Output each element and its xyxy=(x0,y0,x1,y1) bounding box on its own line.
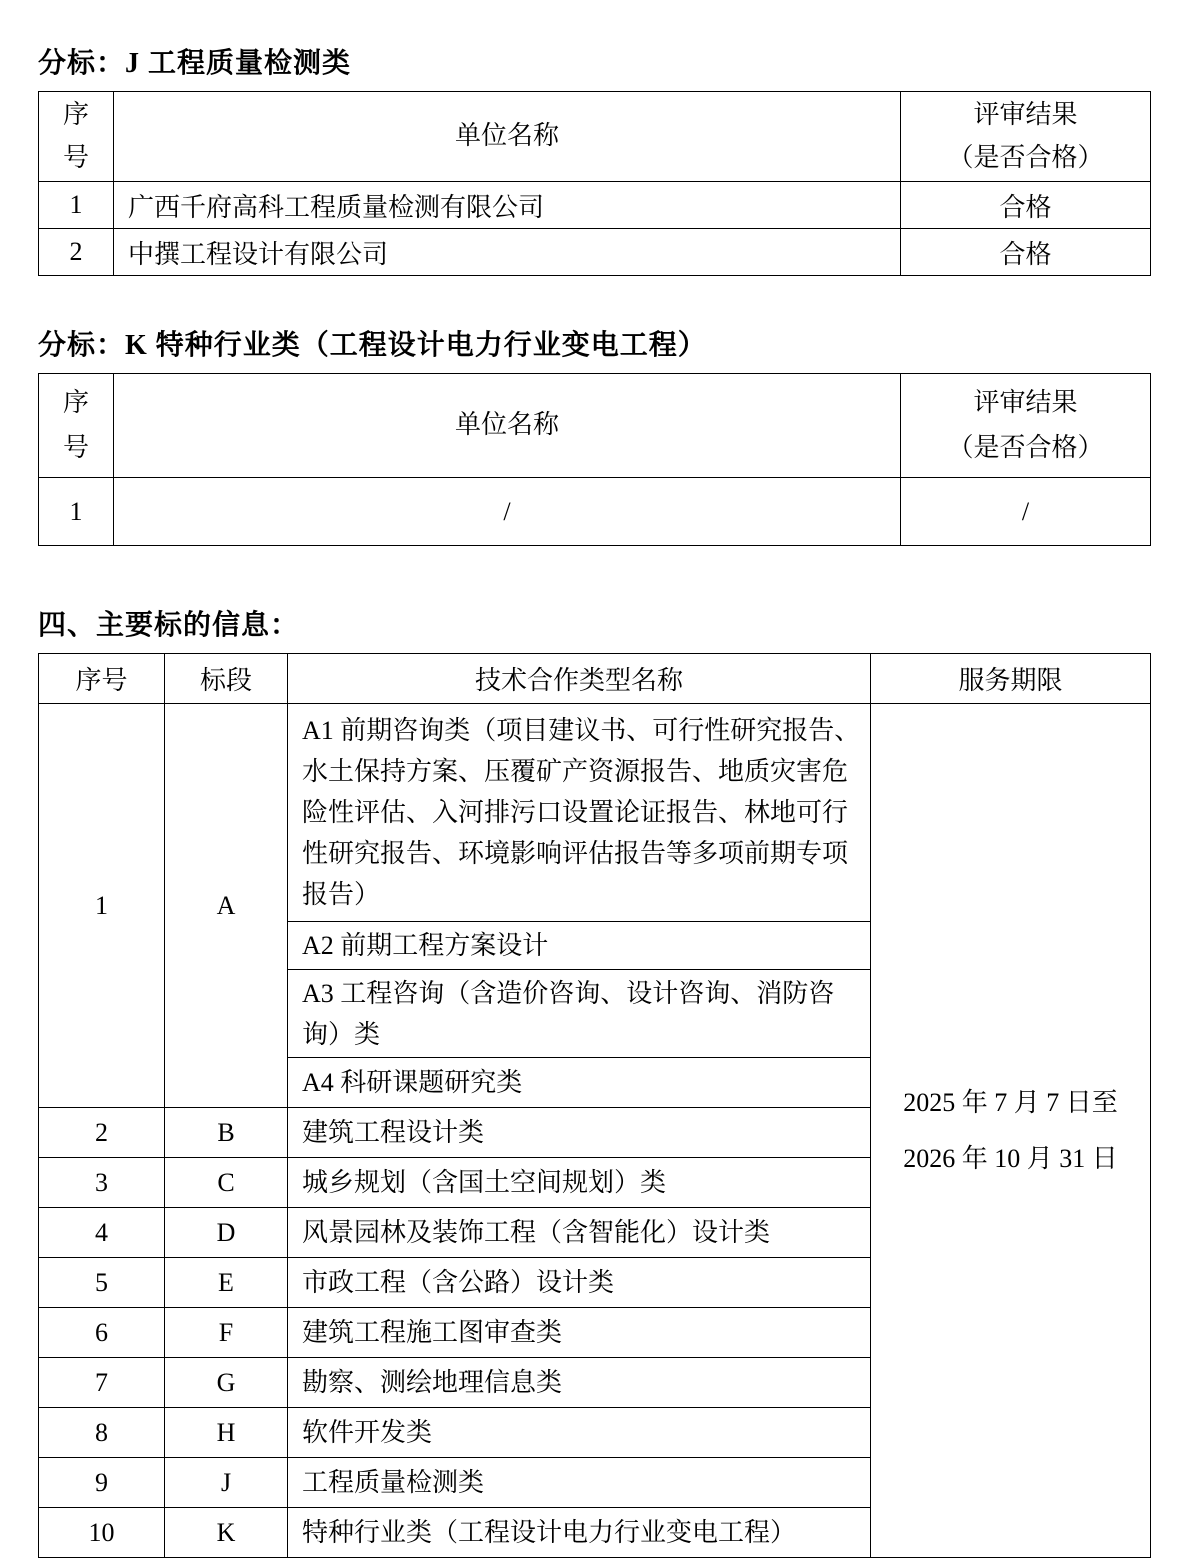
serial-cell: 7 xyxy=(39,1358,165,1408)
table-header-row: 序 号 单位名称 评审结果 （是否合格） xyxy=(39,374,1151,478)
lot-cell: A xyxy=(165,704,288,1108)
lot-cell: D xyxy=(165,1208,288,1258)
lot-cell: J xyxy=(165,1458,288,1508)
type-cell: A2 前期工程方案设计 xyxy=(288,922,871,970)
serial-cell: 2 xyxy=(39,229,114,276)
serial-cell: 3 xyxy=(39,1158,165,1208)
serial-cell: 4 xyxy=(39,1208,165,1258)
type-cell: 勘察、测绘地理信息类 xyxy=(288,1358,871,1408)
lot-cell: B xyxy=(165,1108,288,1158)
serial-cell: 6 xyxy=(39,1308,165,1358)
section-title-lot-j: 分标：J 工程质量检测类 xyxy=(38,46,1161,81)
type-cell: 市政工程（含公路）设计类 xyxy=(288,1258,871,1308)
company-name-header-cell: 单位名称 xyxy=(114,92,901,182)
result-cell: 合格 xyxy=(901,229,1151,276)
lot-j-result-table: 序 号 单位名称 评审结果 （是否合格） 1 广西千府高科工程质量检测有限公司 … xyxy=(38,91,1151,276)
review-result-header-cell: 评审结果 （是否合格） xyxy=(901,374,1151,478)
serial-header-cell: 序 号 xyxy=(39,92,114,182)
type-cell: A4 科研课题研究类 xyxy=(288,1058,871,1108)
lot-cell: E xyxy=(165,1258,288,1308)
service-period-cell: 2025 年 7 月 7 日至 2026 年 10 月 31 日 xyxy=(871,704,1151,1558)
type-cell: 建筑工程施工图审查类 xyxy=(288,1308,871,1358)
serial-cell: 10 xyxy=(39,1508,165,1558)
lot-header-cell: 标段 xyxy=(165,654,288,704)
type-cell: 特种行业类（工程设计电力行业变电工程） xyxy=(288,1508,871,1558)
serial-cell: 1 xyxy=(39,478,114,546)
lot-cell: H xyxy=(165,1408,288,1458)
serial-cell: 5 xyxy=(39,1258,165,1308)
result-cell: 合格 xyxy=(901,182,1151,229)
type-cell: 工程质量检测类 xyxy=(288,1458,871,1508)
section-title-lot-k: 分标：K 特种行业类（工程设计电力行业变电工程） xyxy=(38,328,1161,363)
serial-cell: 1 xyxy=(39,704,165,1108)
serial-cell: 8 xyxy=(39,1408,165,1458)
type-cell: 软件开发类 xyxy=(288,1408,871,1458)
lot-cell: G xyxy=(165,1358,288,1408)
table-row: 2 中撰工程设计有限公司 合格 xyxy=(39,229,1151,276)
table-row-lot-a1: 1 A A1 前期咨询类（项目建议书、可行性研究报告、水土保持方案、压覆矿产资源… xyxy=(39,704,1151,922)
serial-cell: 9 xyxy=(39,1458,165,1508)
type-cell: 建筑工程设计类 xyxy=(288,1108,871,1158)
lot-cell: K xyxy=(165,1508,288,1558)
result-cell: / xyxy=(901,478,1151,546)
company-name-cell: / xyxy=(114,478,901,546)
serial-cell: 1 xyxy=(39,182,114,229)
company-name-cell: 中撰工程设计有限公司 xyxy=(114,229,901,276)
table-header-row: 序号 标段 技术合作类型名称 服务期限 xyxy=(39,654,1151,704)
lot-k-result-table: 序 号 单位名称 评审结果 （是否合格） 1 / / xyxy=(38,373,1151,546)
table-row: 1 广西千府高科工程质量检测有限公司 合格 xyxy=(39,182,1151,229)
lot-cell: F xyxy=(165,1308,288,1358)
company-name-header-cell: 单位名称 xyxy=(114,374,901,478)
serial-header-cell: 序 号 xyxy=(39,374,114,478)
type-cell: A1 前期咨询类（项目建议书、可行性研究报告、水土保持方案、压覆矿产资源报告、地… xyxy=(288,704,871,922)
main-info-table: 序号 标段 技术合作类型名称 服务期限 1 A A1 前期咨询类（项目建议书、可… xyxy=(38,653,1151,1558)
document-page: 分标：J 工程质量检测类 序 号 单位名称 评审结果 （是否合格） 1 广西千府… xyxy=(0,0,1201,1561)
type-cell: 风景园林及装饰工程（含智能化）设计类 xyxy=(288,1208,871,1258)
table-row: 1 / / xyxy=(39,478,1151,546)
main-info-title: 四、主要标的信息： xyxy=(38,608,1161,643)
type-cell: A3 工程咨询（含造价咨询、设计咨询、消防咨询）类 xyxy=(288,970,871,1058)
serial-cell: 2 xyxy=(39,1108,165,1158)
company-name-cell: 广西千府高科工程质量检测有限公司 xyxy=(114,182,901,229)
period-header-cell: 服务期限 xyxy=(871,654,1151,704)
type-header-cell: 技术合作类型名称 xyxy=(288,654,871,704)
table-header-row: 序 号 单位名称 评审结果 （是否合格） xyxy=(39,92,1151,182)
review-result-header-cell: 评审结果 （是否合格） xyxy=(901,92,1151,182)
lot-cell: C xyxy=(165,1158,288,1208)
document-content: 分标：J 工程质量检测类 序 号 单位名称 评审结果 （是否合格） 1 广西千府… xyxy=(0,0,1201,1558)
serial-header-cell: 序号 xyxy=(39,654,165,704)
type-cell: 城乡规划（含国土空间规划）类 xyxy=(288,1158,871,1208)
